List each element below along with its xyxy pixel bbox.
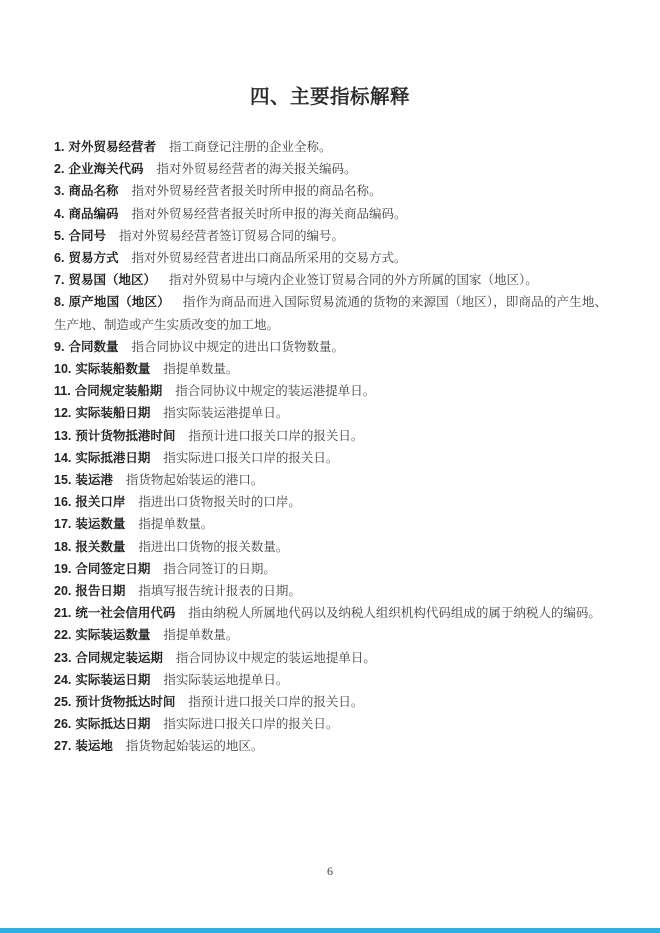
item-term: 报告日期 (75, 584, 125, 598)
item-definition: 指提单数量。 (138, 517, 213, 531)
document-page: 四、主要指标解释 1.对外贸易经营者指工商登记注册的企业全称。2.企业海关代码指… (0, 0, 660, 933)
item-term: 预计货物抵达时间 (75, 695, 175, 709)
list-item: 2.企业海关代码指对外贸易经营者的海关报关编码。 (54, 158, 607, 180)
item-definition: 指进出口货物的报关数量。 (138, 540, 288, 554)
item-term: 实际装船日期 (75, 406, 150, 420)
item-number: 16. (54, 495, 71, 509)
item-term: 报关数量 (75, 540, 125, 554)
list-item: 23.合同规定装运期指合同协议中规定的装运地提单日。 (54, 647, 607, 669)
item-term: 合同规定装运期 (75, 651, 163, 665)
list-item: 11.合同规定装船期指合同协议中规定的装运港提单日。 (54, 380, 607, 402)
list-item: 9.合同数量指合同协议中规定的进出口货物数量。 (54, 336, 607, 358)
list-item: 17.装运数量指提单数量。 (54, 513, 607, 535)
item-definition: 指合同协议中规定的装运港提单日。 (175, 384, 375, 398)
item-definition: 指对外贸易经营者报关时所申报的海关商品编码。 (131, 207, 406, 221)
item-definition: 指实际装运地提单日。 (163, 673, 288, 687)
indicator-definition-list: 1.对外贸易经营者指工商登记注册的企业全称。2.企业海关代码指对外贸易经营者的海… (54, 136, 607, 758)
item-term: 企业海关代码 (68, 162, 143, 176)
item-term: 贸易方式 (68, 251, 118, 265)
item-term: 统一社会信用代码 (75, 606, 175, 620)
item-number: 14. (54, 451, 71, 465)
item-definition: 指预计进口报关口岸的报关日。 (188, 695, 363, 709)
item-number: 10. (54, 362, 71, 376)
item-number: 23. (54, 651, 71, 665)
item-definition: 指对外贸易经营者的海关报关编码。 (156, 162, 356, 176)
item-number: 7. (54, 273, 64, 287)
item-definition: 指实际进口报关口岸的报关日。 (163, 451, 338, 465)
list-item: 27.装运地指货物起始装运的地区。 (54, 735, 607, 757)
list-item: 15.装运港指货物起始装运的港口。 (54, 469, 607, 491)
item-term: 合同签定日期 (75, 562, 150, 576)
item-definition: 指对外贸易经营者报关时所申报的商品名称。 (131, 184, 381, 198)
list-item: 24.实际装运日期指实际装运地提单日。 (54, 669, 607, 691)
list-item: 22.实际装运数量指提单数量。 (54, 624, 607, 646)
item-number: 6. (54, 251, 64, 265)
list-item: 25.预计货物抵达时间指预计进口报关口岸的报关日。 (54, 691, 607, 713)
item-term: 对外贸易经营者 (68, 140, 156, 154)
item-number: 18. (54, 540, 71, 554)
item-term: 商品名称 (68, 184, 118, 198)
item-number: 4. (54, 207, 64, 221)
item-definition: 指实际装运港提单日。 (163, 406, 288, 420)
item-number: 21. (54, 606, 71, 620)
list-item: 10.实际装船数量指提单数量。 (54, 358, 607, 380)
bottom-accent-bar (0, 928, 660, 933)
list-item: 7.贸易国（地区）指对外贸易中与境内企业签订贸易合同的外方所属的国家（地区）。 (54, 269, 607, 291)
item-definition: 指实际进口报关口岸的报关日。 (163, 717, 338, 731)
item-term: 合同号 (68, 229, 106, 243)
list-item: 16.报关口岸指进出口货物报关时的口岸。 (54, 491, 607, 513)
list-item: 18.报关数量指进出口货物的报关数量。 (54, 536, 607, 558)
list-item: 3.商品名称指对外贸易经营者报关时所申报的商品名称。 (54, 180, 607, 202)
item-number: 5. (54, 229, 64, 243)
page-number: 6 (0, 864, 660, 879)
item-term: 装运地 (75, 739, 113, 753)
item-term: 装运数量 (75, 517, 125, 531)
item-number: 26. (54, 717, 71, 731)
item-term: 合同数量 (68, 340, 118, 354)
item-term: 贸易国（地区） (68, 273, 156, 287)
item-definition: 指提单数量。 (163, 628, 238, 642)
item-number: 19. (54, 562, 71, 576)
list-item: 20.报告日期指填写报告统计报表的日期。 (54, 580, 607, 602)
list-item: 12.实际装船日期指实际装运港提单日。 (54, 402, 607, 424)
item-number: 3. (54, 184, 64, 198)
item-definition: 指工商登记注册的企业全称。 (169, 140, 332, 154)
item-term: 原产地国（地区） (68, 295, 169, 309)
item-term: 报关口岸 (75, 495, 125, 509)
item-number: 22. (54, 628, 71, 642)
list-item: 21.统一社会信用代码指由纳税人所属地代码以及纳税人组织机构代码组成的属于纳税人… (54, 602, 607, 624)
item-definition: 指由纳税人所属地代码以及纳税人组织机构代码组成的属于纳税人的编码。 (188, 606, 601, 620)
item-term: 实际抵达日期 (75, 717, 150, 731)
item-definition: 指货物起始装运的港口。 (126, 473, 264, 487)
item-definition: 指填写报告统计报表的日期。 (138, 584, 301, 598)
list-item: 26.实际抵达日期指实际进口报关口岸的报关日。 (54, 713, 607, 735)
item-number: 24. (54, 673, 71, 687)
item-number: 27. (54, 739, 71, 753)
item-definition: 指预计进口报关口岸的报关日。 (188, 429, 363, 443)
item-term: 商品编码 (68, 207, 118, 221)
item-number: 9. (54, 340, 64, 354)
list-item: 14.实际抵港日期指实际进口报关口岸的报关日。 (54, 447, 607, 469)
list-item: 1.对外贸易经营者指工商登记注册的企业全称。 (54, 136, 607, 158)
item-definition: 指合同协议中规定的装运地提单日。 (176, 651, 376, 665)
item-number: 11. (54, 384, 71, 398)
item-term: 实际装运数量 (75, 628, 150, 642)
item-definition: 指对外贸易中与境内企业签订贸易合同的外方所属的国家（地区）。 (169, 273, 538, 287)
item-term: 实际装运日期 (75, 673, 150, 687)
item-number: 13. (54, 429, 71, 443)
page-title: 四、主要指标解释 (0, 81, 660, 109)
list-item: 4.商品编码指对外贸易经营者报关时所申报的海关商品编码。 (54, 203, 607, 225)
item-term: 预计货物抵港时间 (75, 429, 175, 443)
item-term: 实际抵港日期 (75, 451, 150, 465)
item-number: 8. (54, 295, 64, 309)
item-definition: 指货物起始装运的地区。 (126, 739, 264, 753)
item-term: 实际装船数量 (75, 362, 150, 376)
item-definition: 指合同签订的日期。 (163, 562, 276, 576)
item-number: 1. (54, 140, 64, 154)
item-number: 17. (54, 517, 71, 531)
list-item: 8.原产地国（地区）指作为商品而进入国际贸易流通的货物的来源国（地区），即商品的… (54, 291, 607, 335)
item-definition: 指对外贸易经营者进出口商品所采用的交易方式。 (131, 251, 406, 265)
list-item: 19.合同签定日期指合同签订的日期。 (54, 558, 607, 580)
item-term: 合同规定装船期 (75, 384, 163, 398)
list-item: 6.贸易方式指对外贸易经营者进出口商品所采用的交易方式。 (54, 247, 607, 269)
item-number: 20. (54, 584, 71, 598)
item-number: 12. (54, 406, 71, 420)
list-item: 13.预计货物抵港时间指预计进口报关口岸的报关日。 (54, 425, 607, 447)
list-item: 5.合同号指对外贸易经营者签订贸易合同的编号。 (54, 225, 607, 247)
item-number: 15. (54, 473, 71, 487)
item-definition: 指对外贸易经营者签订贸易合同的编号。 (119, 229, 344, 243)
item-number: 2. (54, 162, 64, 176)
item-number: 25. (54, 695, 71, 709)
item-definition: 指提单数量。 (163, 362, 238, 376)
item-definition: 指进出口货物报关时的口岸。 (138, 495, 301, 509)
item-term: 装运港 (75, 473, 113, 487)
item-definition: 指合同协议中规定的进出口货物数量。 (131, 340, 344, 354)
